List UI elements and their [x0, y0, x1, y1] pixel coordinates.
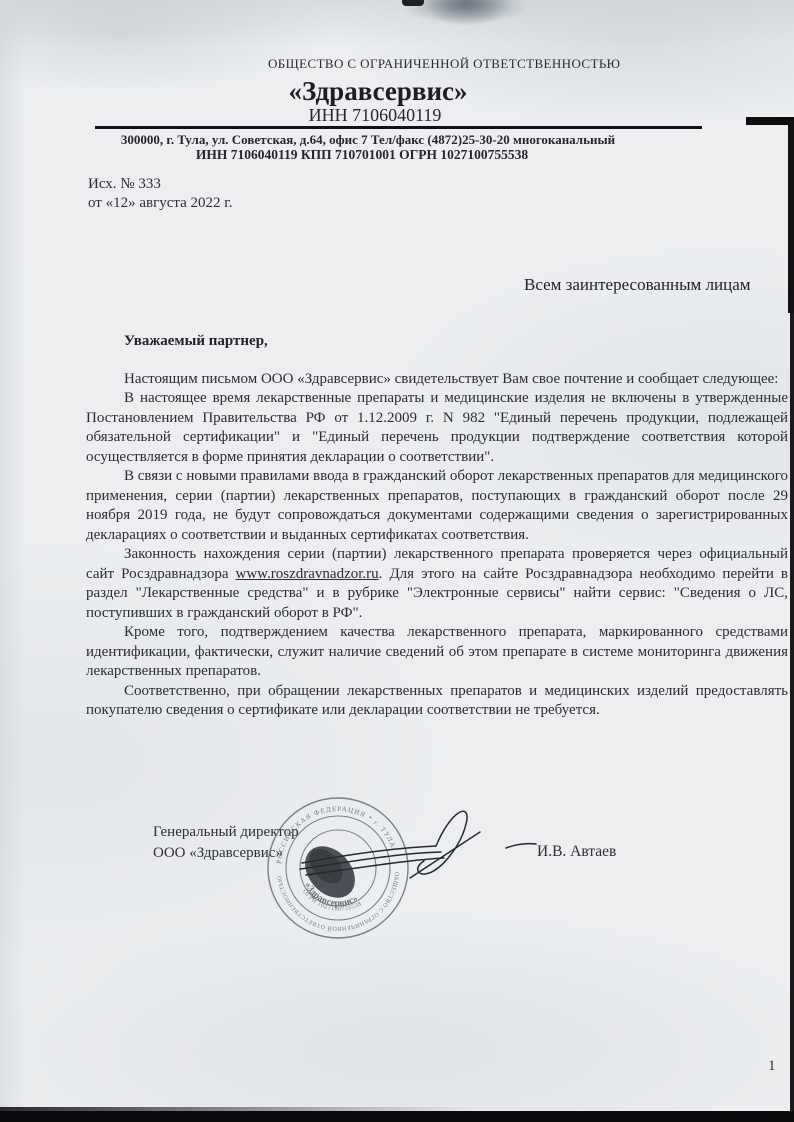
page-number: 1	[768, 1058, 776, 1075]
paragraph-text: Соответственно, при обращении лекарствен…	[86, 683, 788, 719]
outgoing-number: Исх. № 333	[88, 176, 161, 193]
body-paragraph-1: Настоящим письмом ООО «Здравсервис» свид…	[86, 370, 788, 390]
body-paragraph-2: В настоящее время лекарственные препарат…	[86, 389, 788, 467]
paragraph-text: Настоящим письмом ООО «Здравсервис» свид…	[124, 371, 778, 387]
letter-body: Уважаемый партнер, Настоящим письмом ООО…	[86, 332, 788, 721]
paragraph-text: Кроме того, подтверждением качества лека…	[86, 624, 788, 679]
roszdravnadzor-url: www.roszdravnadzor.ru	[236, 566, 379, 582]
letterhead-address-phone: 300000, г. Тула, ул. Советская, д.64, оф…	[121, 132, 615, 148]
scan-artifact-top-tick	[402, 0, 424, 6]
paragraph-text: В настоящее время лекарственные препарат…	[86, 390, 788, 465]
letterhead-inn: ИНН 7106040119	[309, 105, 442, 126]
salutation: Уважаемый партнер,	[124, 332, 788, 352]
letterhead-divider-rule	[95, 126, 702, 129]
scan-artifact-bottom-band	[0, 1111, 794, 1122]
scanned-letter-page: ОБЩЕСТВО С ОГРАНИЧЕННОЙ ОТВЕТСТВЕННОСТЬЮ…	[0, 0, 794, 1122]
letterhead-registration-numbers: ИНН 7106040119 КПП 710701001 ОГРН 102710…	[196, 147, 528, 163]
scan-artifact-right-strip	[790, 313, 794, 1122]
company-round-stamp: РОССИЙСКАЯ ФЕДЕРАЦИЯ * г. ТУЛА ОБЩЕСТВО …	[250, 788, 570, 958]
addressee-line: Всем заинтересованным лицам	[524, 275, 751, 295]
scan-artifact-right-dash	[746, 117, 794, 125]
body-paragraph-6: Соответственно, при обращении лекарствен…	[86, 682, 788, 721]
body-paragraph-4: Законность нахождения серии (партии) лек…	[86, 545, 788, 623]
letterhead-org-name: «Здравсервис»	[288, 76, 467, 107]
scan-artifact-right-strip-thick	[788, 121, 794, 313]
scan-artifact-top-smudge	[424, 0, 510, 26]
paragraph-text: В связи с новыми правилами ввода в гражд…	[86, 468, 788, 543]
body-paragraph-3: В связи с новыми правилами ввода в гражд…	[86, 467, 788, 545]
letterhead-org-type: ОБЩЕСТВО С ОГРАНИЧЕННОЙ ОТВЕТСТВЕННОСТЬЮ	[268, 56, 608, 72]
body-paragraph-5: Кроме того, подтверждением качества лека…	[86, 623, 788, 682]
letter-date: от «12» августа 2022 г.	[88, 195, 233, 212]
